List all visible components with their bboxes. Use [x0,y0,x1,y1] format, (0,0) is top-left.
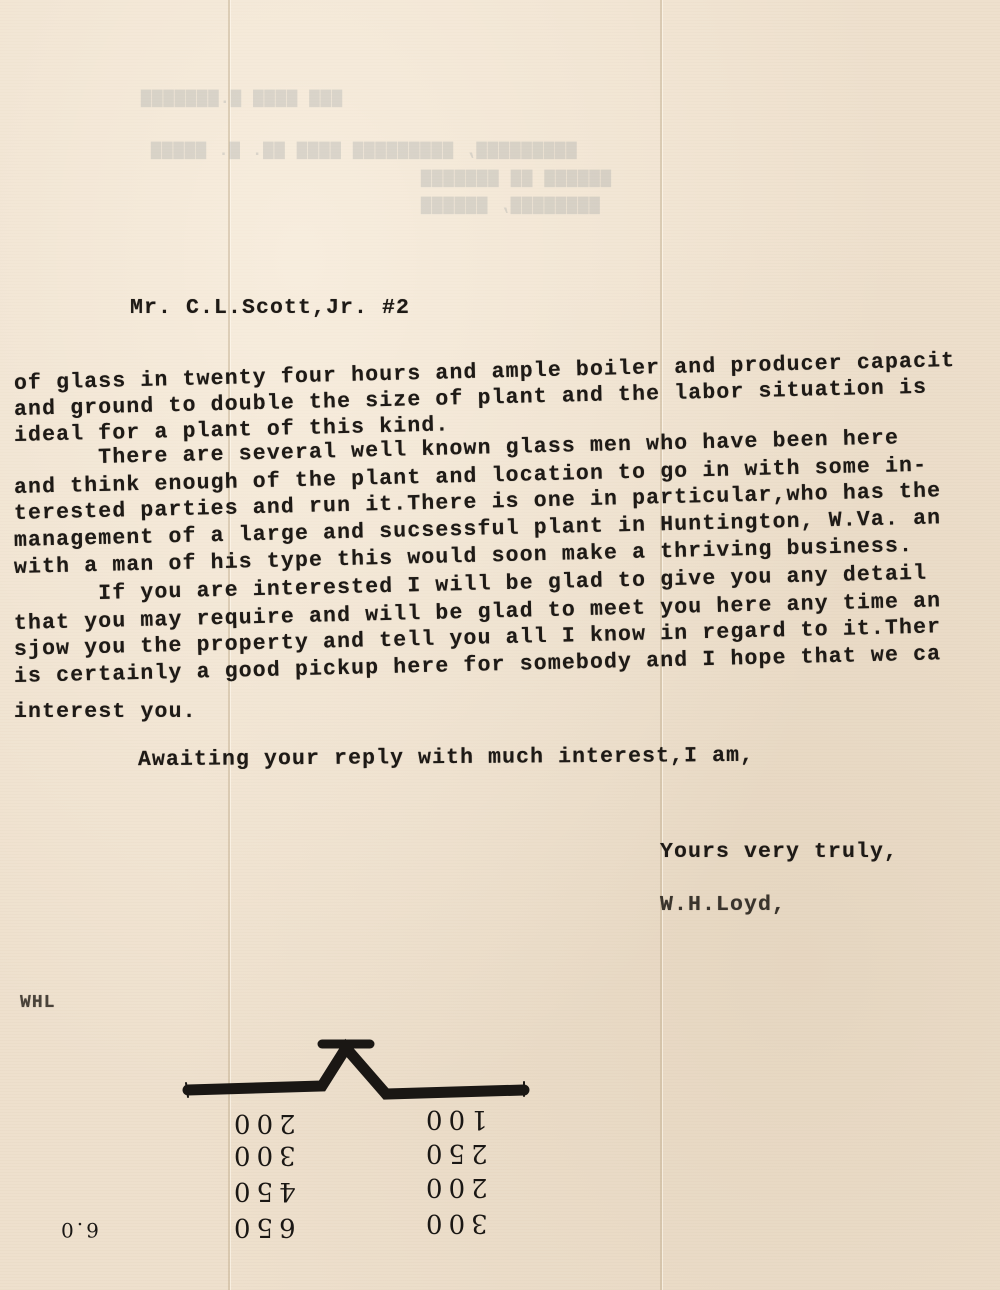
handwritten-number: 200 [228,1108,296,1138]
handwritten-number: 200 [420,1172,488,1202]
pencil-sketch-diagram [0,0,1000,1290]
handwritten-number: 300 [420,1208,488,1238]
handwritten-number: 450 [228,1176,296,1206]
handwritten-number: 300 [228,1140,296,1170]
handwritten-margin-mark: 6.0 [58,1218,99,1242]
handwritten-number: 100 [420,1104,488,1134]
handwritten-number: 650 [228,1212,296,1242]
handwritten-number: 250 [420,1138,488,1168]
